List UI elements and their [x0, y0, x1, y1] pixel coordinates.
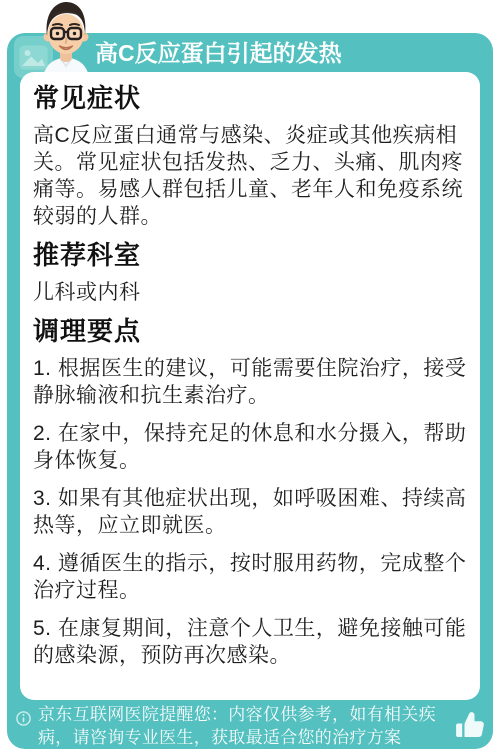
doctor-avatar	[34, 0, 98, 82]
content-card: 常见症状高C反应蛋白通常与感染、炎症或其他疾病相关。常见症状包括发热、乏力、头痛…	[20, 72, 480, 700]
page-title: 高C反应蛋白引起的发热	[95, 33, 483, 72]
disclaimer-text: 京东互联网医院提醒您：内容仅供参考，如有相关疾病，请咨询专业医生，获取最适合您的…	[38, 703, 451, 749]
page: { "colors": { "teal": "#54c1c0", "teal-b…	[0, 0, 500, 756]
section-heading: 推荐科室	[33, 241, 467, 269]
section-paragraph: 3. 如果有其他症状出现，如呼吸困难、持续高热等，应立即就医。	[33, 485, 467, 539]
info-icon	[16, 711, 31, 731]
section-paragraph: 1. 根据医生的建议，可能需要住院治疗，接受静脉输液和抗生素治疗。	[33, 355, 467, 409]
section-paragraph: 4. 遵循医生的指示，按时服用药物，完成整个治疗过程。	[33, 550, 467, 604]
section-heading: 调理要点	[33, 317, 467, 345]
section-paragraph: 儿科或内科	[33, 279, 467, 306]
sections: 常见症状高C反应蛋白通常与感染、炎症或其他疾病相关。常见症状包括发热、乏力、头痛…	[33, 84, 467, 669]
section-paragraph: 高C反应蛋白通常与感染、炎症或其他疾病相关。常见症状包括发热、乏力、头痛、肌肉疼…	[33, 122, 467, 230]
section-heading: 常见症状	[33, 84, 467, 112]
section-paragraph: 5. 在康复期间，注意个人卫生，避免接触可能的感染源，预防再次感染。	[33, 615, 467, 669]
thumbs-up-icon[interactable]	[455, 709, 485, 746]
footer: 京东互联网医院提醒您：内容仅供参考，如有相关疾病，请咨询专业医生，获取最适合您的…	[7, 700, 493, 749]
section-paragraph: 2. 在家中，保持充足的休息和水分摄入，帮助身体恢复。	[33, 420, 467, 474]
